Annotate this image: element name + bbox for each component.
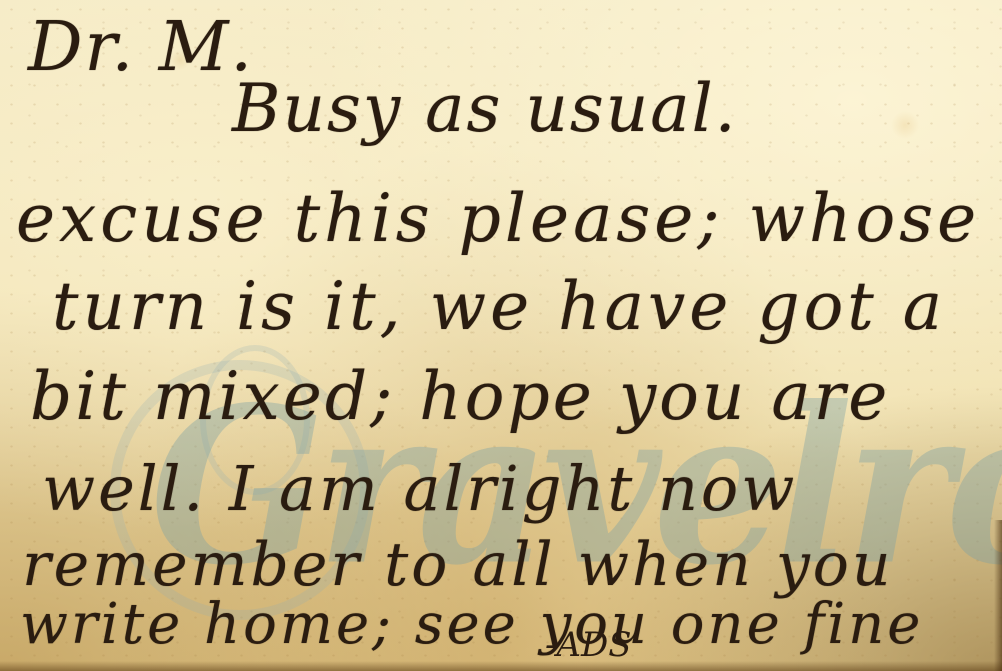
note-line: Busy as usual. bbox=[232, 70, 738, 147]
note-line: remember to all when you bbox=[22, 530, 894, 600]
handwritten-note: Gravelroots Dr. M. Busy as usual. excuse… bbox=[0, 0, 1002, 671]
salutation: Dr. M. bbox=[28, 8, 254, 87]
paper-edge-shadow bbox=[994, 520, 1002, 671]
note-line: excuse this please; whose bbox=[16, 180, 980, 257]
signature-scribble: -ADS bbox=[545, 625, 632, 665]
paper-edge-shadow bbox=[0, 661, 1002, 671]
note-line: turn is it, we have got a bbox=[52, 268, 946, 345]
note-line: write home; see you one fine bbox=[20, 592, 923, 657]
note-line: bit mixed; hope you are bbox=[30, 358, 890, 435]
note-line: well. I am alright now bbox=[42, 452, 797, 525]
